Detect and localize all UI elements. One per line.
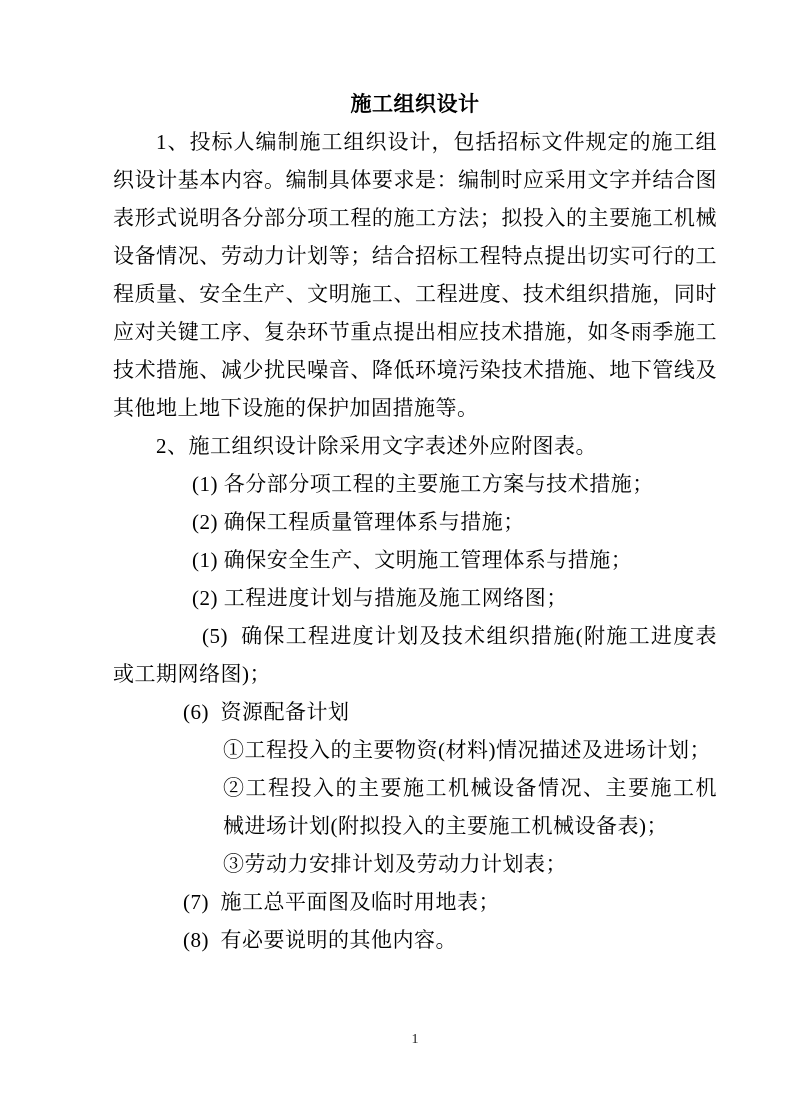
attachment-note-paragraph: 2、施工组织设计除采用文字表述外应附图表。 bbox=[113, 427, 717, 465]
document-title: 施工组织设计 bbox=[113, 85, 717, 123]
list-item-1a: (1) 各分部分项工程的主要施工方案与技术措施； bbox=[113, 465, 717, 503]
page-number: 1 bbox=[113, 1030, 717, 1050]
list-item-2b: (2) 工程进度计划与措施及施工网络图； bbox=[113, 579, 717, 617]
sub-item-circled-1: ①工程投入的主要物资(材料)情况描述及进场计划； bbox=[113, 731, 717, 769]
sub-item-circled-2: ②工程投入的主要施工机械设备情况、主要施工机械进场计划(附拟投入的主要施工机械设… bbox=[113, 769, 717, 845]
document-body: 施工组织设计 1、投标人编制施工组织设计，包括招标文件规定的施工组织设计基本内容… bbox=[113, 85, 717, 959]
list-item-8: (8) 有必要说明的其他内容。 bbox=[113, 921, 717, 959]
sub-item-circled-3: ③劳动力安排计划及劳动力计划表； bbox=[113, 845, 717, 883]
list-item-1b: (1) 确保安全生产、文明施工管理体系与措施； bbox=[113, 541, 717, 579]
intro-paragraph: 1、投标人编制施工组织设计，包括招标文件规定的施工组织设计基本内容。编制具体要求… bbox=[113, 123, 717, 427]
document-page: 施工组织设计 1、投标人编制施工组织设计，包括招标文件规定的施工组织设计基本内容… bbox=[0, 0, 790, 1118]
list-item-2a: (2) 确保工程质量管理体系与措施； bbox=[113, 503, 717, 541]
list-item-7: (7) 施工总平面图及临时用地表； bbox=[113, 883, 717, 921]
list-item-6: (6) 资源配备计划 bbox=[113, 693, 717, 731]
list-item-5: (5) 确保工程进度计划及技术组织措施(附施工进度表或工期网络图)； bbox=[113, 617, 717, 693]
